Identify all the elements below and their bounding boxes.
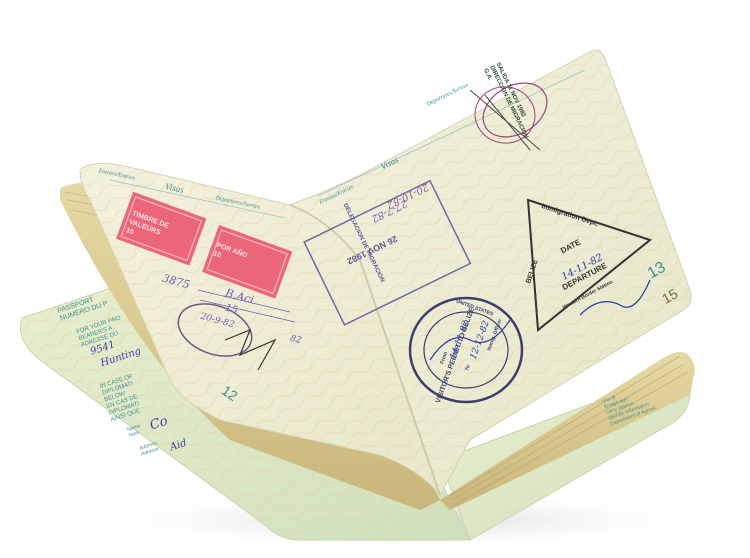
passport-illustration [0,0,750,558]
passport-photo: PASSPORT NUMERO DU P FOR YOUR PRO BEARER… [0,0,750,558]
